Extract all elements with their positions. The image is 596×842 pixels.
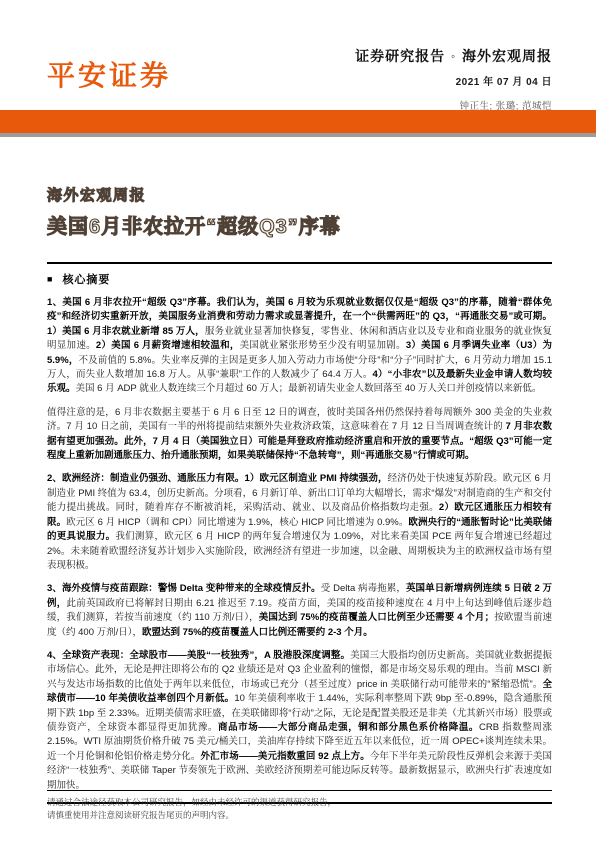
report-type-label: 证券研究报告 [355,48,445,64]
core-summary-heading-label: 核心摘要 [62,271,110,287]
brand-divider-band [0,110,596,133]
summary-paragraph-5: 4、全球资产表现：全球股市——美股“一枝独秀”，A 股港股深度调整。美国三大股指… [47,649,552,793]
core-summary-section: ■ 核心摘要 1、美国 6 月非农拉开“超级 Q3”序幕。我们认为，美国 6 月… [47,262,552,804]
summary-paragraph-1: 1、美国 6 月非农拉开“超级 Q3”序幕。我们认为，美国 6 月较为乐观就业数… [47,296,552,397]
report-series-label: 海外宏观周报 [462,48,552,64]
report-header-meta: 证券研究报告◦海外宏观周报 2021 年 07 月 04 日 钟正生; 张璐; … [355,46,552,112]
page-title: 美国6月非农拉开“超级Q3”序幕 [47,210,341,239]
summary-paragraph-3: 2、欧洲经济：制造业仍强劲、通胀压力有限。1）欧元区制造业 PMI 持续强劲，经… [47,472,552,573]
report-type-header: 证券研究报告◦海外宏观周报 [355,46,552,66]
footer-divider [47,790,552,791]
separator-dot-icon: ◦ [451,51,456,63]
brand-logo: 平安证券 [47,54,171,94]
footer-disclaimer-line-1: 请通过合法途径获取本公司研究报告，如经由未经许可的渠道获得研究报告， [47,796,552,809]
report-date: 2021 年 07 月 04 日 [355,73,552,88]
summary-paragraph-4: 3、海外疫情与疫苗跟踪：警惕 Delta 变种带来的全球疫情反扑。受 Delta… [47,582,552,640]
core-summary-heading: ■ 核心摘要 [47,271,552,287]
divider-gray-line [0,133,596,137]
footer-disclaimer-line-2: 请慎重使用并注意阅读研究报告尾页的声明内容。 [47,809,552,822]
series-title: 海外宏观周报 [47,184,146,205]
square-bullet-icon: ■ [47,275,52,284]
footer-disclaimer: 请通过合法途径获取本公司研究报告，如经由未经许可的渠道获得研究报告， 请慎重使用… [47,796,552,822]
report-page: 平安证券 证券研究报告◦海外宏观周报 2021 年 07 月 04 日 钟正生;… [0,0,596,842]
summary-paragraph-2: 值得注意的是，6 月非农数据主要基于 6 月 6 日至 12 日的调查，彼时美国… [47,406,552,464]
